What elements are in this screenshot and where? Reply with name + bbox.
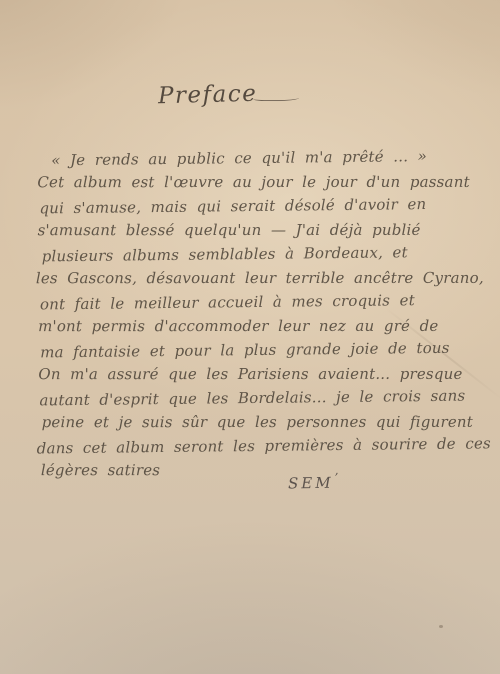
signature: SEM bbox=[288, 471, 342, 493]
manuscript-line: qui s'amuse, mais qui serait désolé d'av… bbox=[39, 192, 467, 221]
manuscript-line: s'amusant blessé quelqu'un — J'ai déjà p… bbox=[38, 218, 468, 242]
manuscript-line: On m'a assuré que les Parisiens avaient.… bbox=[38, 362, 468, 386]
manuscript-line: « Je rends au public ce qu'il m'a prêté … bbox=[51, 144, 467, 173]
manuscript-line: ont fait le meilleur accueil à mes croqu… bbox=[40, 288, 468, 317]
page-title: Preface bbox=[158, 81, 258, 110]
manuscript-body: « Je rends au public ce qu'il m'a prêté … bbox=[37, 145, 469, 483]
paper-speck bbox=[439, 625, 443, 628]
manuscript-line: dans cet album seront les premières à so… bbox=[37, 432, 469, 461]
manuscript-line: autant d'esprit que les Bordelais... je … bbox=[39, 384, 468, 413]
manuscript-page: Preface « Je rends au public ce qu'il m'… bbox=[0, 0, 500, 674]
manuscript-line: ma fantaisie et pour la plus grande joie… bbox=[40, 336, 468, 365]
manuscript-line: m'ont permis d'accommoder leur nez au gr… bbox=[38, 314, 468, 338]
manuscript-line: les Gascons, désavouant leur terrible an… bbox=[36, 266, 468, 290]
manuscript-line: Cet album est l'œuvre au jour le jour d'… bbox=[37, 170, 467, 194]
manuscript-line: légères satires bbox=[41, 458, 469, 482]
manuscript-line: plusieurs albums semblables à Bordeaux, … bbox=[42, 240, 468, 269]
manuscript-line: peine et je suis sûr que les personnes q… bbox=[42, 410, 469, 434]
